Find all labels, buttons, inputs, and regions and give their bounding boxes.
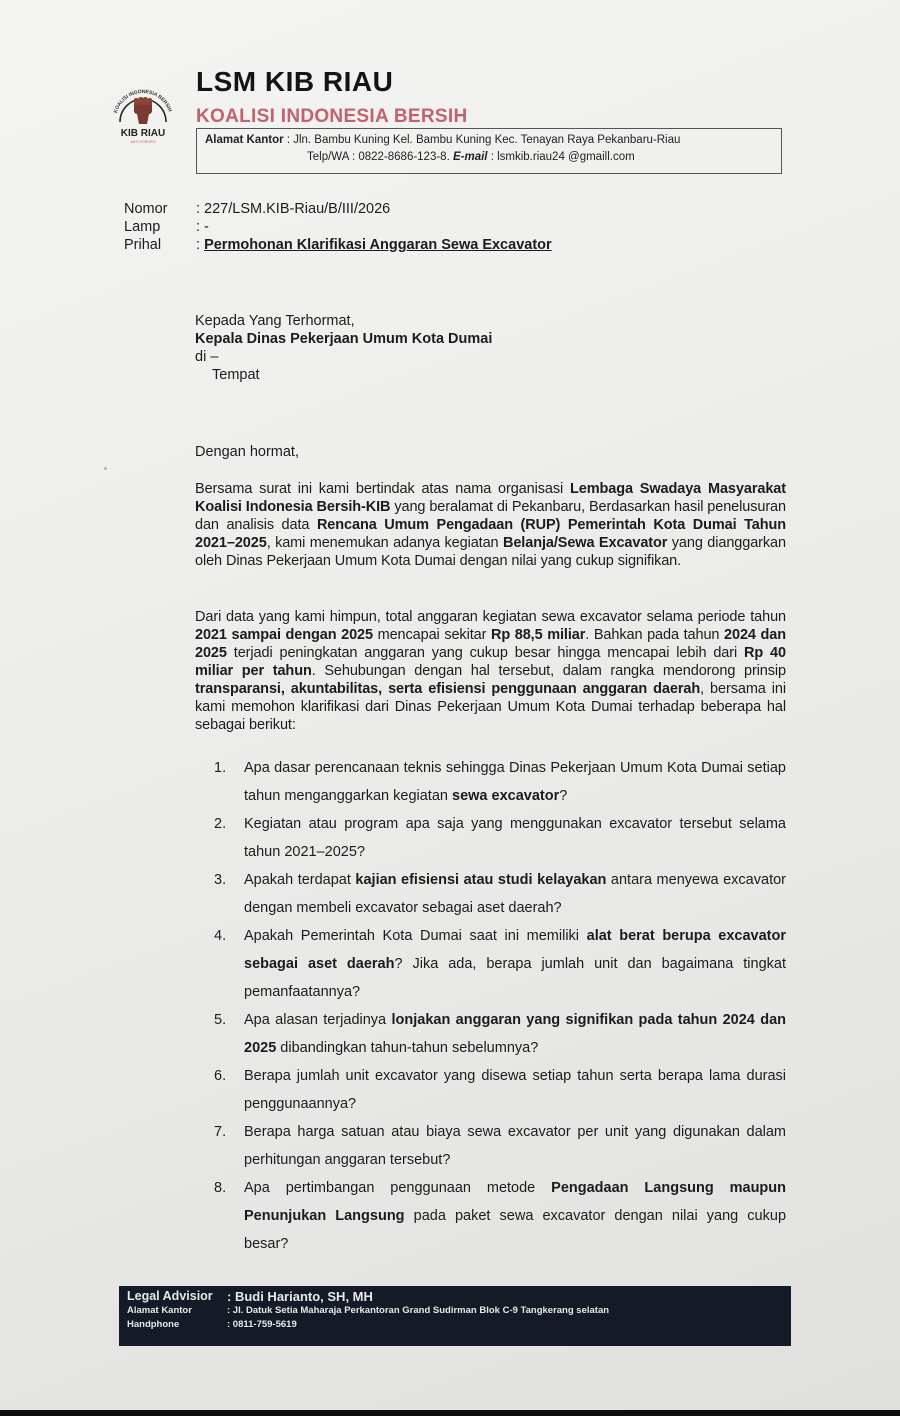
recipient-place: Tempat <box>195 366 492 384</box>
raised-fist-icon <box>134 97 152 124</box>
footer-office-row: Alamat Kantor : Jl. Datuk Setia Maharaja… <box>127 1304 783 1318</box>
recipient-name: Kepala Dinas Pekerjaan Umum Kota Dumai <box>195 330 492 348</box>
question-number: 1. <box>214 754 244 810</box>
emphasis-text: sewa excavator <box>452 788 559 804</box>
meta-subject: Prihal : Permohonan Klarifikasi Anggaran… <box>124 236 552 254</box>
org-title: LSM KIB RIAU <box>196 66 393 98</box>
question-number: 6. <box>214 1062 244 1118</box>
body-text: Kegiatan atau program apa saja yang meng… <box>244 816 786 860</box>
body-text: terjadi peningkatan anggaran yang cukup … <box>227 645 744 661</box>
body-text: Apakah Pemerintah Kota Dumai saat ini me… <box>244 928 587 944</box>
question-item: 6.Berapa jumlah unit excavator yang dise… <box>214 1062 786 1118</box>
paragraph-budget: Dari data yang kami himpun, total anggar… <box>195 608 786 734</box>
question-text: Berapa jumlah unit excavator yang disewa… <box>244 1062 786 1118</box>
office-address: Alamat Kantor : Jln. Bambu Kuning Kel. B… <box>205 134 680 146</box>
phone-text: Telp/WA : 0822-8686-123-8. <box>307 151 450 163</box>
question-item: 5.Apa alasan terjadinya lonjakan anggara… <box>214 1006 786 1062</box>
kib-riau-logo: KOALISI INDONESIA BERSIH KIB RIAU ANTI K… <box>112 80 174 150</box>
body-text: , kami menemukan adanya kegiatan <box>267 535 503 551</box>
footer-advisor-row: Legal Advisior : Budi Harianto, SH, MH <box>127 1289 783 1304</box>
meta-attachment-label: Lamp <box>124 218 196 236</box>
question-number: 7. <box>214 1118 244 1174</box>
advisor-value: : Budi Harianto, SH, MH <box>227 1289 373 1304</box>
recipient-di: di – <box>195 348 492 366</box>
meta-number: Nomor : 227/LSM.KIB-Riau/B/III/2026 <box>124 200 552 218</box>
logo-name: KIB RIAU <box>121 128 165 139</box>
question-number: 2. <box>214 810 244 866</box>
question-text: Apakah Pemerintah Kota Dumai saat ini me… <box>244 922 786 1006</box>
email-label: E-mail <box>453 151 488 163</box>
body-text: Dari data yang kami himpun, total anggar… <box>195 609 786 625</box>
office-value: : Jl. Datuk Setia Maharaja Perkantoran G… <box>227 1304 609 1318</box>
question-text: Apa pertimbangan penggunaan metode Penga… <box>244 1174 786 1258</box>
question-text: Berapa harga satuan atau biaya sewa exca… <box>244 1118 786 1174</box>
question-number: 5. <box>214 1006 244 1062</box>
emphasis-text: Rp 88,5 miliar <box>491 627 585 643</box>
body-text: mencapai sekitar <box>373 627 491 643</box>
recipient-block: Kepada Yang Terhormat, Kepala Dinas Peke… <box>195 312 492 384</box>
paragraph-intro: Bersama surat ini kami bertindak atas na… <box>195 480 786 570</box>
salutation: Dengan hormat, <box>195 444 299 460</box>
photo-bottom-edge <box>0 1410 900 1416</box>
meta-attachment: Lamp : - <box>124 218 552 236</box>
emphasis-text: kajian efisiensi atau studi kelayakan <box>355 872 606 888</box>
meta-number-label: Nomor <box>124 200 196 218</box>
body-text: . Sehubungan dengan hal tersebut, dalam … <box>312 663 786 679</box>
question-text: Kegiatan atau program apa saja yang meng… <box>244 810 786 866</box>
office-label: Alamat Kantor <box>127 1304 227 1318</box>
paper-mark <box>104 467 107 470</box>
letter-meta: Nomor : 227/LSM.KIB-Riau/B/III/2026 Lamp… <box>124 200 552 254</box>
email-value: : lsmkib.riau24 @gmaill.com <box>491 151 635 163</box>
meta-subject-prefix: : <box>196 237 204 253</box>
logo-tagline: ANTI KORUPSI <box>130 140 155 144</box>
emphasis-text: 2021 sampai dengan 2025 <box>195 627 373 643</box>
letter-page: KOALISI INDONESIA BERSIH KIB RIAU ANTI K… <box>0 0 900 1410</box>
emphasis-text: transparansi, akuntabilitas, serta efisi… <box>195 681 700 697</box>
body-text: Berapa harga satuan atau biaya sewa exca… <box>244 1124 786 1168</box>
handphone-value: : 0811-759-5619 <box>227 1318 297 1332</box>
advisor-label: Legal Advisior <box>127 1289 227 1304</box>
body-text: Apa alasan terjadinya <box>244 1012 392 1028</box>
footer-phone-row: Handphone : 0811-759-5619 <box>127 1318 783 1332</box>
meta-subject-wrap: : Permohonan Klarifikasi Anggaran Sewa E… <box>196 236 552 254</box>
question-item: 1.Apa dasar perencanaan teknis sehingga … <box>214 754 786 810</box>
body-text: . Bahkan pada tahun <box>585 627 724 643</box>
question-text: Apa dasar perencanaan teknis sehingga Di… <box>244 754 786 810</box>
question-item: 4.Apakah Pemerintah Kota Dumai saat ini … <box>214 922 786 1006</box>
handphone-label: Handphone <box>127 1318 227 1332</box>
question-number: 3. <box>214 866 244 922</box>
question-item: 2.Kegiatan atau program apa saja yang me… <box>214 810 786 866</box>
contact-line: Telp/WA : 0822-8686-123-8. E-mail : lsmk… <box>307 151 635 163</box>
body-text: Bersama surat ini kami bertindak atas na… <box>195 481 570 497</box>
question-item: 3.Apakah terdapat kajian efisiensi atau … <box>214 866 786 922</box>
meta-attachment-value: : - <box>196 218 209 236</box>
body-text: ? <box>559 788 567 804</box>
recipient-greeting: Kepada Yang Terhormat, <box>195 312 492 330</box>
meta-subject-value: Permohonan Klarifikasi Anggaran Sewa Exc… <box>204 237 552 253</box>
address-box: Alamat Kantor : Jln. Bambu Kuning Kel. B… <box>196 128 782 174</box>
org-subtitle: KOALISI INDONESIA BERSIH <box>196 106 467 128</box>
question-text: Apa alasan terjadinya lonjakan anggaran … <box>244 1006 786 1062</box>
question-text: Apakah terdapat kajian efisiensi atau st… <box>244 866 786 922</box>
question-item: 7.Berapa harga satuan atau biaya sewa ex… <box>214 1118 786 1174</box>
meta-number-value: : 227/LSM.KIB-Riau/B/III/2026 <box>196 200 390 218</box>
questions-list: 1.Apa dasar perencanaan teknis sehingga … <box>214 754 786 1258</box>
body-text: Berapa jumlah unit excavator yang disewa… <box>244 1068 786 1112</box>
meta-subject-label: Prihal <box>124 236 196 254</box>
question-number: 4. <box>214 922 244 1006</box>
body-text: Apa pertimbangan penggunaan metode <box>244 1180 551 1196</box>
emphasis-text: Belanja/Sewa Excavator <box>503 535 667 551</box>
question-item: 8.Apa pertimbangan penggunaan metode Pen… <box>214 1174 786 1258</box>
body-text: Apakah terdapat <box>244 872 355 888</box>
question-number: 8. <box>214 1174 244 1258</box>
footer-legal-advisor: Legal Advisior : Budi Harianto, SH, MH A… <box>119 1286 791 1346</box>
address-value: : Jln. Bambu Kuning Kel. Bambu Kuning Ke… <box>287 134 681 146</box>
address-label: Alamat Kantor <box>205 134 284 146</box>
body-text: dibandingkan tahun-tahun sebelumnya? <box>276 1040 538 1056</box>
